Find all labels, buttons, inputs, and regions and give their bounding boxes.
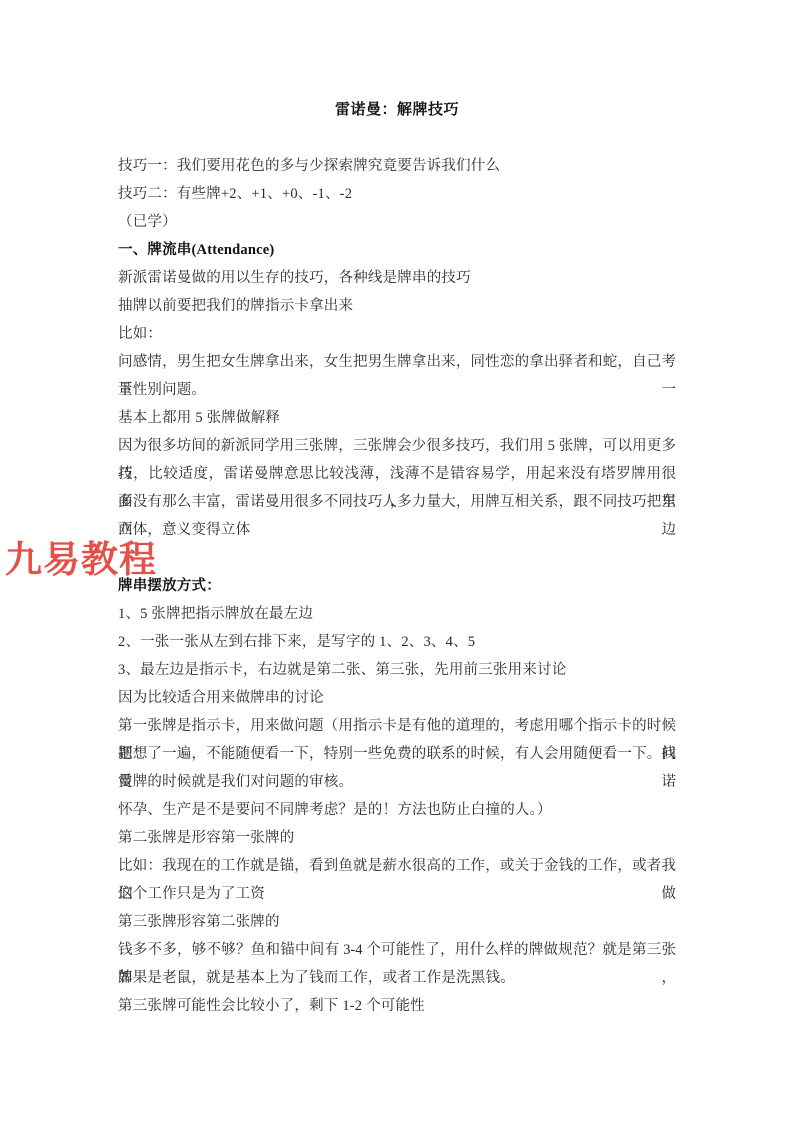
- text-line: 因为比较适合用来做牌串的讨论: [118, 684, 676, 712]
- text-line: 1、5 张牌把指示牌放在最左边: [118, 600, 676, 628]
- document-title: 雷诺曼：解牌技巧: [118, 96, 676, 124]
- document-page: 雷诺曼：解牌技巧技巧一：我们要用花色的多与少探索牌究竟要告诉我们什么技巧二：有些…: [0, 0, 793, 1123]
- text-line: 第一张牌是指示卡，用来做问题（用指示卡是有他的道理的，考虑用哪个指示卡的时候把问: [118, 712, 676, 740]
- text-line: 抽牌以前要把我们的牌指示卡拿出来: [118, 292, 676, 320]
- text-line: 第二张牌是形容第一张牌的: [118, 824, 676, 852]
- text-line: 新派雷诺曼做的用以生存的技巧，各种线是牌串的技巧: [118, 264, 676, 292]
- text-line: 面没有那么丰富，雷诺曼用很多不同技巧人多力量大，用牌互相关系，跟不同技巧把东西边: [118, 488, 676, 516]
- text-line: 第三张牌可能性会比较小了，剩下 1-2 个可能性: [118, 992, 676, 1020]
- text-line: 怀孕、生产是不是要问不同牌考虑？是的！方法也防止白撞的人。）: [118, 796, 676, 824]
- text-line: 技巧一：我们要用花色的多与少探索牌究竟要告诉我们什么: [118, 152, 676, 180]
- text-line: 因为很多坊间的新派同学用三张牌，三张牌会少很多技巧，我们用 5 张牌，可以用更多…: [118, 432, 676, 460]
- text-line: 巧，比较适度，雷诺曼牌意思比较浅薄，浅薄不是错容易学，用起来没有塔罗牌用很多，里: [118, 460, 676, 488]
- text-line: 题想了一遍，不能随便看一下，特别一些免费的联系的时候，有人会用随便看一下。找雷诺: [118, 740, 676, 768]
- text-line: 牌串摆放方式：: [118, 572, 676, 600]
- text-line: 钱多不多，够不够？鱼和锚中间有 3-4 个可能性了，用什么样的牌做规范？就是第三…: [118, 936, 676, 964]
- text-line: 第三张牌形容第二张牌的: [118, 908, 676, 936]
- text-line: 技巧二：有些牌+2、+1、+0、-1、-2: [118, 180, 676, 208]
- text-line: 问感情，男生把女生牌拿出来，女生把男生牌拿出来，同性恋的拿出驿者和蛇，自己考量一: [118, 348, 676, 376]
- blank-line: [118, 124, 676, 152]
- text-line: 一、牌流串(Attendance): [118, 236, 676, 264]
- text-line: 比如：: [118, 320, 676, 348]
- text-line: 基本上都用 5 张牌做解释: [118, 404, 676, 432]
- blank-line: [118, 544, 676, 572]
- watermark: 九易教程: [5, 538, 157, 582]
- text-line: 比如：我现在的工作就是锚，看到鱼就是薪水很高的工作，或关于金钱的工作，或者我们做: [118, 852, 676, 880]
- text-line: 2、一张一张从左到右排下来，是写字的 1、2、3、4、5: [118, 628, 676, 656]
- text-line: （已学）: [118, 208, 676, 236]
- document-body: 雷诺曼：解牌技巧技巧一：我们要用花色的多与少探索牌究竟要告诉我们什么技巧二：有些…: [118, 96, 676, 1020]
- text-line: 3、最左边是指示卡，右边就是第二张、第三张，先用前三张用来讨论: [118, 656, 676, 684]
